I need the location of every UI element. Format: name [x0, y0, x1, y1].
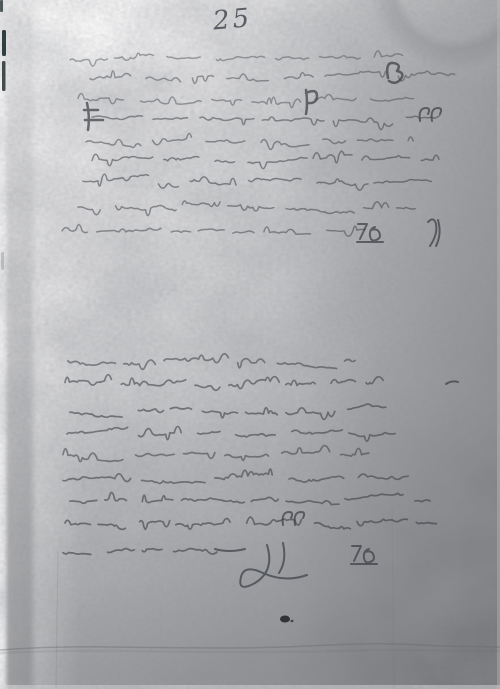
- ink-blot-satellite: [290, 620, 293, 622]
- page-overlay: 25: [0, 0, 500, 689]
- folio-number: 25: [211, 3, 254, 36]
- binding-mark: [2, 61, 6, 91]
- binding-mark: [2, 30, 6, 56]
- manuscript-page-photo: 25: [0, 0, 500, 689]
- binding-mark: [0, 0, 3, 12]
- ink-blot: [280, 616, 290, 623]
- binding-mark: [1, 252, 4, 270]
